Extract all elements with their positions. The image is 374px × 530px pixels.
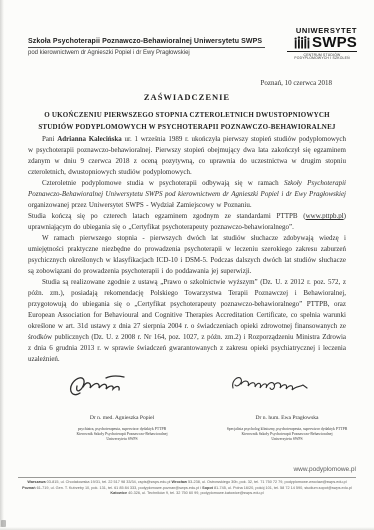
- letterhead-rule: [28, 47, 265, 48]
- scanned-certificate-page: Szkoła Psychoterapii Poznawczo-Behawiora…: [0, 0, 374, 530]
- school-subtitle: pod kierownictwem dr Agnieszki Popiel i …: [28, 50, 268, 56]
- scan-artifact: [1, 520, 6, 527]
- signatory-right-name: Dr n. hum. Ewa Pragłowska: [212, 415, 362, 421]
- logo-subtitle-line2: PODYPLOMOWYCH I SZKOLEŃ: [287, 57, 357, 61]
- recipient-name: Adrianna Kalecińska: [57, 135, 122, 143]
- signatory-right: Dr n. hum. Ewa Pragłowska Specjalista ps…: [212, 415, 362, 442]
- footer-addresses: Warszawa 03-815, ul. Chodakowska 19/31, …: [18, 480, 356, 497]
- addr-warszawa: 03-815, ul. Chodakowska 19/31, tel. 22 5…: [46, 480, 172, 484]
- signatory-left-caption: psychiatra, psychoterapeuta, superwizor …: [52, 427, 192, 442]
- school-name: Szkoła Psychoterapii Poznawczo-Behawiora…: [28, 38, 268, 45]
- paragraph-school: Czteroletnie podyplomowe studia w psycho…: [28, 178, 346, 211]
- document-subtitle: O UKOŃCZENIU PIERWSZEGO STOPNIA CZTEROLE…: [0, 109, 374, 133]
- paragraph-recipient: Pani Adrianna Kalecińska ur. 1 września …: [28, 134, 346, 178]
- paragraph-standards: Studia kończą się po czterech latach egz…: [28, 211, 346, 233]
- addr-poznan: 61-719, ul. Gen. T. Kutrzeby 10, pok. 13…: [36, 486, 203, 490]
- city-wroclaw: Wrocław: [171, 480, 187, 484]
- signatory-left-name: Dr n. med. Agnieszka Popiel: [52, 415, 192, 421]
- signatory-right-org2: Uniwersytetu SWPS: [212, 437, 362, 442]
- addr-katowice: 40-326, ul. Techników 9, tel. 32 750 60 …: [127, 491, 264, 495]
- addr-sopot: 81-745, ul. Polna 16/20, pokój 101, tel.…: [213, 486, 352, 490]
- paragraph-program: W ramach pierwszego stopnia - pierwszych…: [28, 233, 346, 277]
- certificate-body: Pani Adrianna Kalecińska ur. 1 września …: [28, 134, 346, 365]
- city-warszawa: Warszawa: [27, 480, 45, 484]
- p1-pre: Pani: [42, 135, 57, 143]
- city-katowice: Katowice: [110, 491, 127, 495]
- letterhead: Szkoła Psychoterapii Poznawczo-Behawiora…: [28, 38, 268, 56]
- place-date: Poznań, 10 czerwca 2018: [0, 79, 332, 87]
- addr-wroclaw: 53-238, ul. Ostrowskiego 30b, pok. 32, t…: [187, 480, 347, 484]
- signature-popiel-scrawl: [64, 368, 144, 402]
- logo-swps-text: SWPS: [312, 36, 357, 49]
- signatory-right-caption: Specjalista psycholog kliniczny, psychot…: [212, 427, 362, 442]
- signatory-left-org2: Uniwersytetu SWPS: [52, 437, 192, 442]
- subtitle-line-1: O UKOŃCZENIU PIERWSZEGO STOPNIA CZTEROLE…: [0, 109, 374, 121]
- city-poznan: Poznań: [22, 486, 36, 490]
- logo-rule: [287, 51, 357, 52]
- p3-pre: Studia kończą się po czterech latach egz…: [28, 212, 306, 220]
- signature-praglowska-scrawl: [226, 370, 314, 400]
- document-title: ZAŚWIADCZENIE: [0, 92, 374, 102]
- subtitle-line-2: STUDIÓW PODYPLOMOWYCH W PSYCHOTERAPII PO…: [0, 121, 374, 133]
- signatory-left: Dr n. med. Agnieszka Popiel psychiatra, …: [52, 415, 192, 442]
- p2-post: organizowanej przez Uniwersytet SWPS - W…: [28, 201, 252, 209]
- logo-row: SWPS: [287, 36, 357, 49]
- city-sopot: Sopot: [202, 486, 213, 490]
- pttpb-url: www.pttpb.pl: [306, 212, 344, 220]
- swps-logo: UNIWERSYTET SWPS CENTRUM STUDIÓW PODYPLO…: [287, 26, 357, 61]
- footer-rule: [18, 477, 356, 478]
- footer-website: www.podyplomowe.pl: [293, 466, 356, 473]
- p2-pre: Czteroletnie podyplomowe studia w psycho…: [42, 179, 284, 187]
- people-group-icon: [294, 36, 310, 49]
- footer-address-line-3: Katowice 40-326, ul. Techników 9, tel. 3…: [18, 491, 356, 497]
- paragraph-legal: Studia są realizowane zgodnie z ustawą „…: [28, 277, 346, 365]
